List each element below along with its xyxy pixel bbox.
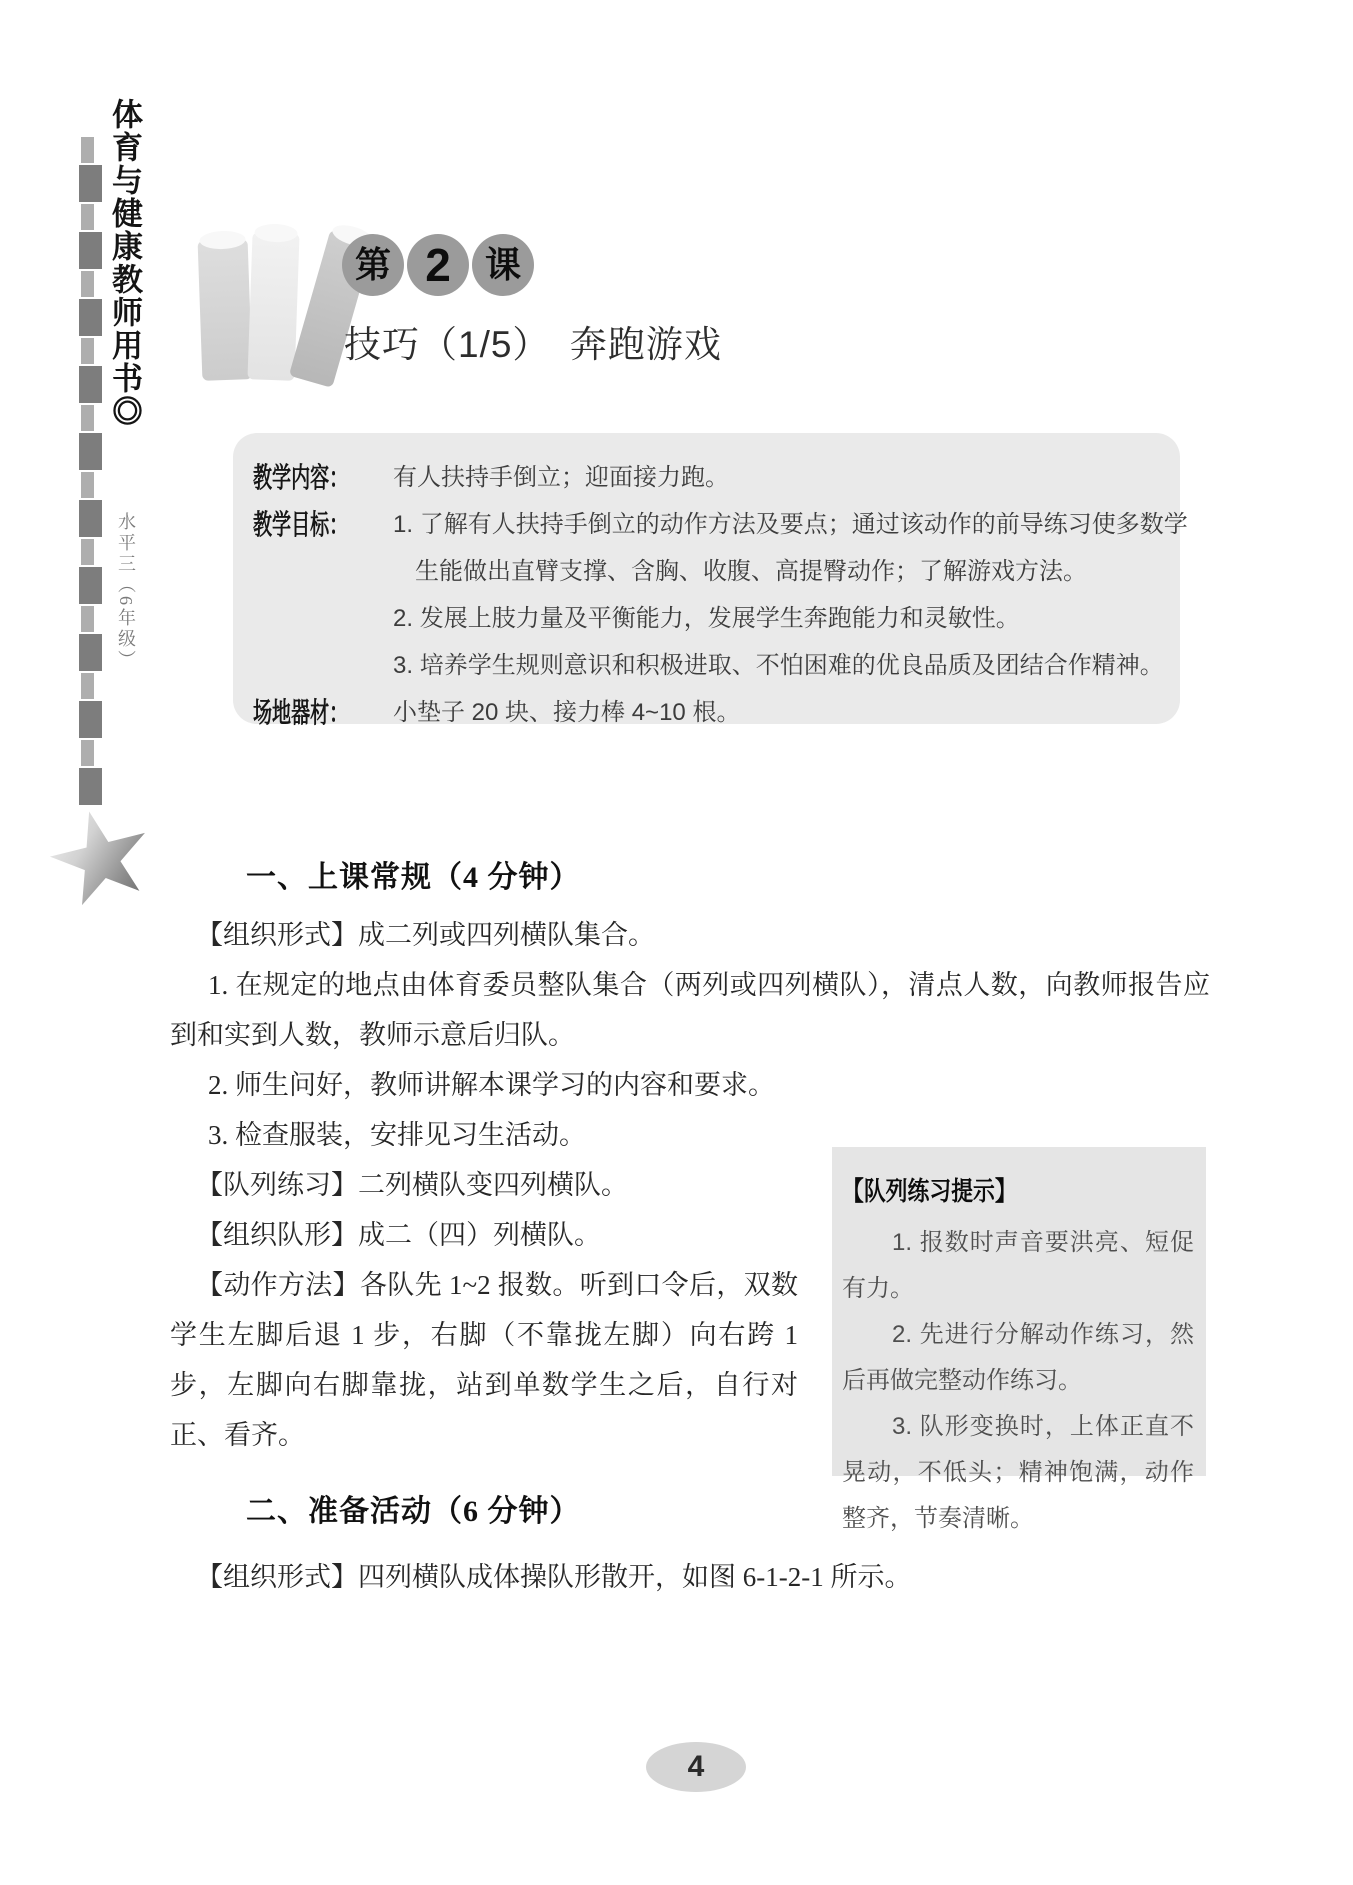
overview-label: 场地器材：	[253, 689, 393, 736]
overview-label: 教学目标：	[253, 501, 393, 548]
overview-line: 有人扶持手倒立；迎面接力跑。	[393, 454, 729, 501]
overview-box: 教学内容： 有人扶持手倒立；迎面接力跑。 教学目标： 1. 了解有人扶持手倒立的…	[233, 433, 1180, 724]
books-icon	[196, 206, 356, 384]
lesson-subtitle: 技巧（1/5） 奔跑游戏	[344, 314, 722, 368]
overview-line: 3. 培养学生规则意识和积极进取、不怕困难的优良品质及团结合作精神。	[393, 642, 1188, 689]
paragraph-organization: 【组织形式】成二列或四列横队集合。	[170, 910, 1210, 960]
tips-title: 【队列练习提示】	[842, 1171, 1194, 1208]
overview-line: 生能做出直臂支撑、含胸、收腹、高提臀动作；了解游戏方法。	[415, 548, 1188, 595]
star-icon	[40, 799, 163, 919]
paragraph-organization2: 【组织形式】四列横队成体操队形散开，如图 6-1-2-1 所示。	[170, 1552, 1210, 1602]
tip-item: 1. 报数时声音要洪亮、短促有力。	[842, 1220, 1194, 1312]
overview-line: 小垫子 20 块、接力棒 4~10 根。	[393, 689, 740, 736]
overview-row-goals: 教学目标： 1. 了解有人扶持手倒立的动作方法及要点；通过该动作的前导练习使多数…	[253, 501, 1152, 689]
paragraph-item2: 2. 师生问好，教师讲解本课学习的内容和要求。	[170, 1060, 1210, 1110]
overview-line: 1. 了解有人扶持手倒立的动作方法及要点；通过该动作的前导练习使多数学	[393, 501, 1188, 548]
page-number-badge: 4	[646, 1742, 746, 1792]
lesson-badge-suffix: 课	[472, 234, 534, 296]
overview-row-equipment: 场地器材： 小垫子 20 块、接力棒 4~10 根。	[253, 689, 1152, 736]
lesson-badge-number: 2	[407, 234, 469, 296]
tip-item: 3. 队形变换时，上体正直不晃动，不低头；精神饱满，动作整齐，节奏清晰。	[842, 1404, 1194, 1542]
overview-label: 教学内容：	[253, 454, 393, 501]
overview-line: 2. 发展上肢力量及平衡能力，发展学生奔跑能力和灵敏性。	[393, 595, 1188, 642]
paragraph-item1: 1. 在规定的地点由体育委员整队集合（两列或四列横队），清点人数，向教师报告应到…	[170, 960, 1210, 1060]
book-page: 体育与健康教师用书◎ 水平三（6年级） 第 2 课 技巧（1/5） 奔跑游戏 教…	[0, 0, 1353, 1885]
page-number: 4	[688, 1750, 705, 1783]
overview-row-content: 教学内容： 有人扶持手倒立；迎面接力跑。	[253, 454, 1152, 501]
lesson-badge-prefix: 第	[342, 234, 404, 296]
tip-item: 2. 先进行分解动作练习，然后再做完整动作练习。	[842, 1312, 1194, 1404]
level-label-vertical: 水平三（6年级）	[113, 512, 139, 671]
book-title-vertical: 体育与健康教师用书◎	[102, 98, 147, 428]
drill-tips-box: 【队列练习提示】 1. 报数时声音要洪亮、短促有力。 2. 先进行分解动作练习，…	[832, 1147, 1206, 1476]
paragraph-method: 【动作方法】各队先 1~2 报数。听到口令后，双数学生左脚后退 1 步，右脚（不…	[170, 1260, 798, 1460]
section1-heading: 一、上课常规（4 分钟）	[246, 852, 1210, 896]
